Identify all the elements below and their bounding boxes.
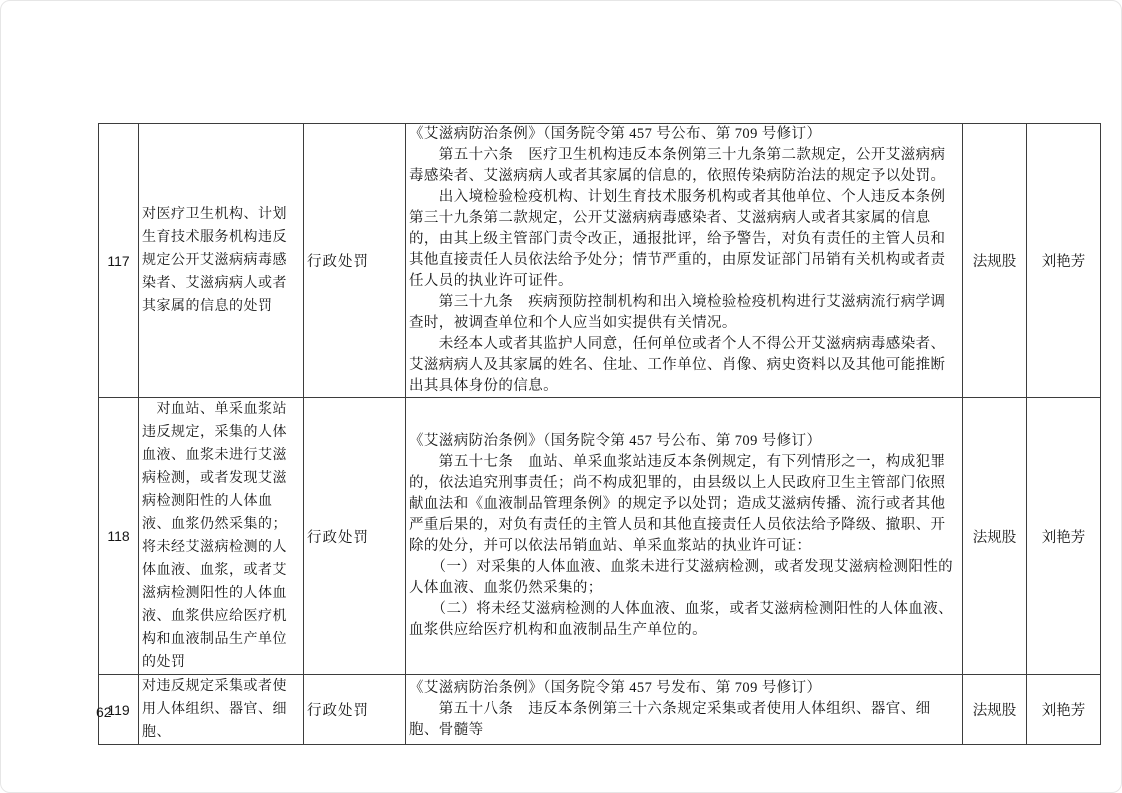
row-number: 118 [99,398,139,675]
responsible-person: 刘艳芳 [1027,675,1101,745]
table-row: 118 对血站、单采血浆站违反规定，采集的人体血液、血浆未进行艾滋病检测，或者发… [99,398,1101,675]
responsible-person: 刘艳芳 [1027,124,1101,398]
legal-basis-paragraph: 第五十七条 血站、单采血浆站违反本条例规定，有下列情形之一，构成犯罪的，依法追究… [409,452,959,557]
legal-basis-paragraph: （一）对采集的人体血液、血浆未进行艾滋病检测，或者发现艾滋病检测阳性的人体血液、… [409,557,959,599]
document-page: 117 对医疗卫生机构、计划生育技术服务机构违反规定公开艾滋病病毒感染者、艾滋病… [0,0,1122,793]
legal-basis-paragraph: 第三十九条 疾病预防控制机构和出入境检验检疫机构进行艾滋病流行病学调查时，被调查… [409,292,959,334]
table-row: 117 对医疗卫生机构、计划生育技术服务机构违反规定公开艾滋病病毒感染者、艾滋病… [99,124,1101,398]
penalty-type: 行政处罚 [304,675,406,745]
legal-basis-paragraph: 第五十六条 医疗卫生机构违反本条例第三十九条第二款规定，公开艾滋病病毒感染者、艾… [409,145,959,187]
legal-basis-paragraph: 《艾滋病防治条例》（国务院令第 457 号发布、第 709 号修订） [409,678,959,699]
page-number: 62 [96,704,112,720]
table-row: 119 对违反规定采集或者使用人体组织、器官、细胞、 行政处罚 《艾滋病防治条例… [99,675,1101,745]
legal-basis-text: 《艾滋病防治条例》（国务院令第 457 号公布、第 709 号修订） 第五十六条… [406,124,963,398]
row-number: 117 [99,124,139,398]
penalty-item-name: 对违反规定采集或者使用人体组织、器官、细胞、 [139,675,304,745]
legal-basis-paragraph: 出入境检验检疫机构、计划生育技术服务机构或者其他单位、个人违反本条例第三十九条第… [409,187,959,292]
legal-basis-text: 《艾滋病防治条例》（国务院令第 457 号发布、第 709 号修订） 第五十八条… [406,675,963,745]
department: 法规股 [963,398,1027,675]
penalty-table: 117 对医疗卫生机构、计划生育技术服务机构违反规定公开艾滋病病毒感染者、艾滋病… [98,123,1101,745]
penalty-type: 行政处罚 [304,124,406,398]
legal-basis-paragraph: （二）将未经艾滋病检测的人体血液、血浆，或者艾滋病检测阳性的人体血液、血浆供应给… [409,599,959,641]
penalty-type: 行政处罚 [304,398,406,675]
legal-basis-paragraph: 《艾滋病防治条例》（国务院令第 457 号公布、第 709 号修订） [409,124,959,145]
responsible-person: 刘艳芳 [1027,398,1101,675]
penalty-item-name: 对血站、单采血浆站违反规定，采集的人体血液、血浆未进行艾滋病检测，或者发现艾滋病… [139,398,304,675]
department: 法规股 [963,124,1027,398]
legal-basis-paragraph: 未经本人或者其监护人同意，任何单位或者个人不得公开艾滋病病毒感染者、艾滋病病人及… [409,334,959,397]
penalty-item-name: 对医疗卫生机构、计划生育技术服务机构违反规定公开艾滋病病毒感染者、艾滋病病人或者… [139,124,304,398]
legal-basis-paragraph: 《艾滋病防治条例》（国务院令第 457 号公布、第 709 号修订） [409,431,959,452]
legal-basis-text: 《艾滋病防治条例》（国务院令第 457 号公布、第 709 号修订） 第五十七条… [406,398,963,675]
department: 法规股 [963,675,1027,745]
legal-basis-paragraph: 第五十八条 违反本条例第三十六条规定采集或者使用人体组织、器官、细胞、骨髓等 [409,699,959,741]
